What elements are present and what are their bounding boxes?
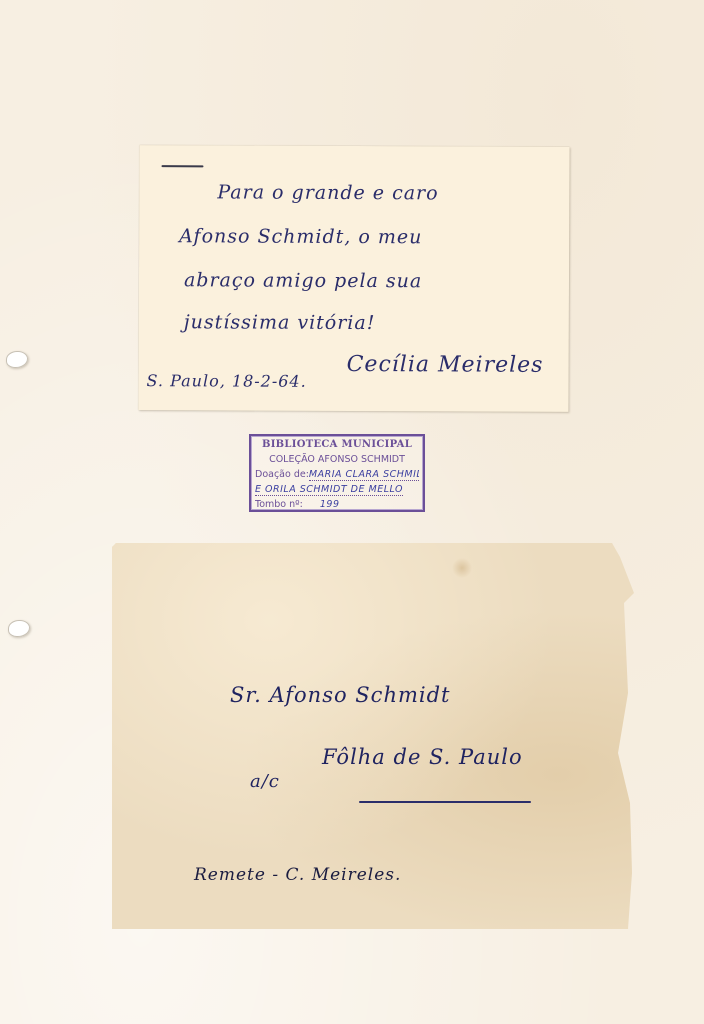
card-line-4: justíssima vitória!	[184, 311, 376, 334]
card-place-date: S. Paulo, 18-2-64.	[147, 371, 307, 391]
stamp-title: BIBLIOTECA MUNICIPAL	[255, 437, 419, 452]
binder-hole-lower	[8, 620, 30, 637]
envelope-care-of: Fôlha de S. Paulo	[322, 745, 523, 769]
card-line-2: Afonso Schmidt, o meu	[179, 225, 422, 248]
stamp-tombo-value: 199	[306, 499, 354, 511]
envelope: Sr. Afonso Schmidt a/c Fôlha de S. Paulo…	[112, 543, 636, 929]
stamp-donation-label: Doação de:	[255, 469, 309, 480]
binder-hole-upper	[6, 351, 28, 368]
library-stamp: BIBLIOTECA MUNICIPAL COLEÇÃO AFONSO SCHM…	[249, 434, 425, 512]
envelope-underline	[359, 801, 531, 803]
stamp-tombo-label: Tombo nº:	[255, 499, 303, 510]
stamp-donation-value-2: E ORILA SCHMIDT DE MELLO	[255, 484, 403, 496]
stamp-donation-row-2: E ORILA SCHMIDT DE MELLO	[255, 482, 419, 497]
envelope-care-of-label: a/c	[250, 771, 280, 792]
card-dash-mark	[161, 165, 203, 167]
envelope-addressee: Sr. Afonso Schmidt	[230, 683, 450, 707]
card-line-1: Para o grande e caro	[217, 181, 438, 204]
handwritten-card: Para o grande e caro Afonso Schmidt, o m…	[138, 145, 569, 412]
stamp-tombo-row: Tombo nº: 199	[255, 497, 419, 512]
stamp-collection: COLEÇÃO AFONSO SCHMIDT	[255, 452, 419, 467]
envelope-sender: Remete - C. Meireles.	[194, 865, 401, 885]
stamp-donation-value-1: MARIA CLARA SCHMIDT	[309, 469, 419, 481]
stamp-donation-row: Doação de:MARIA CLARA SCHMIDT	[255, 467, 419, 482]
card-signature: Cecília Meireles	[347, 352, 544, 378]
card-line-3: abraço amigo pela sua	[184, 269, 422, 292]
